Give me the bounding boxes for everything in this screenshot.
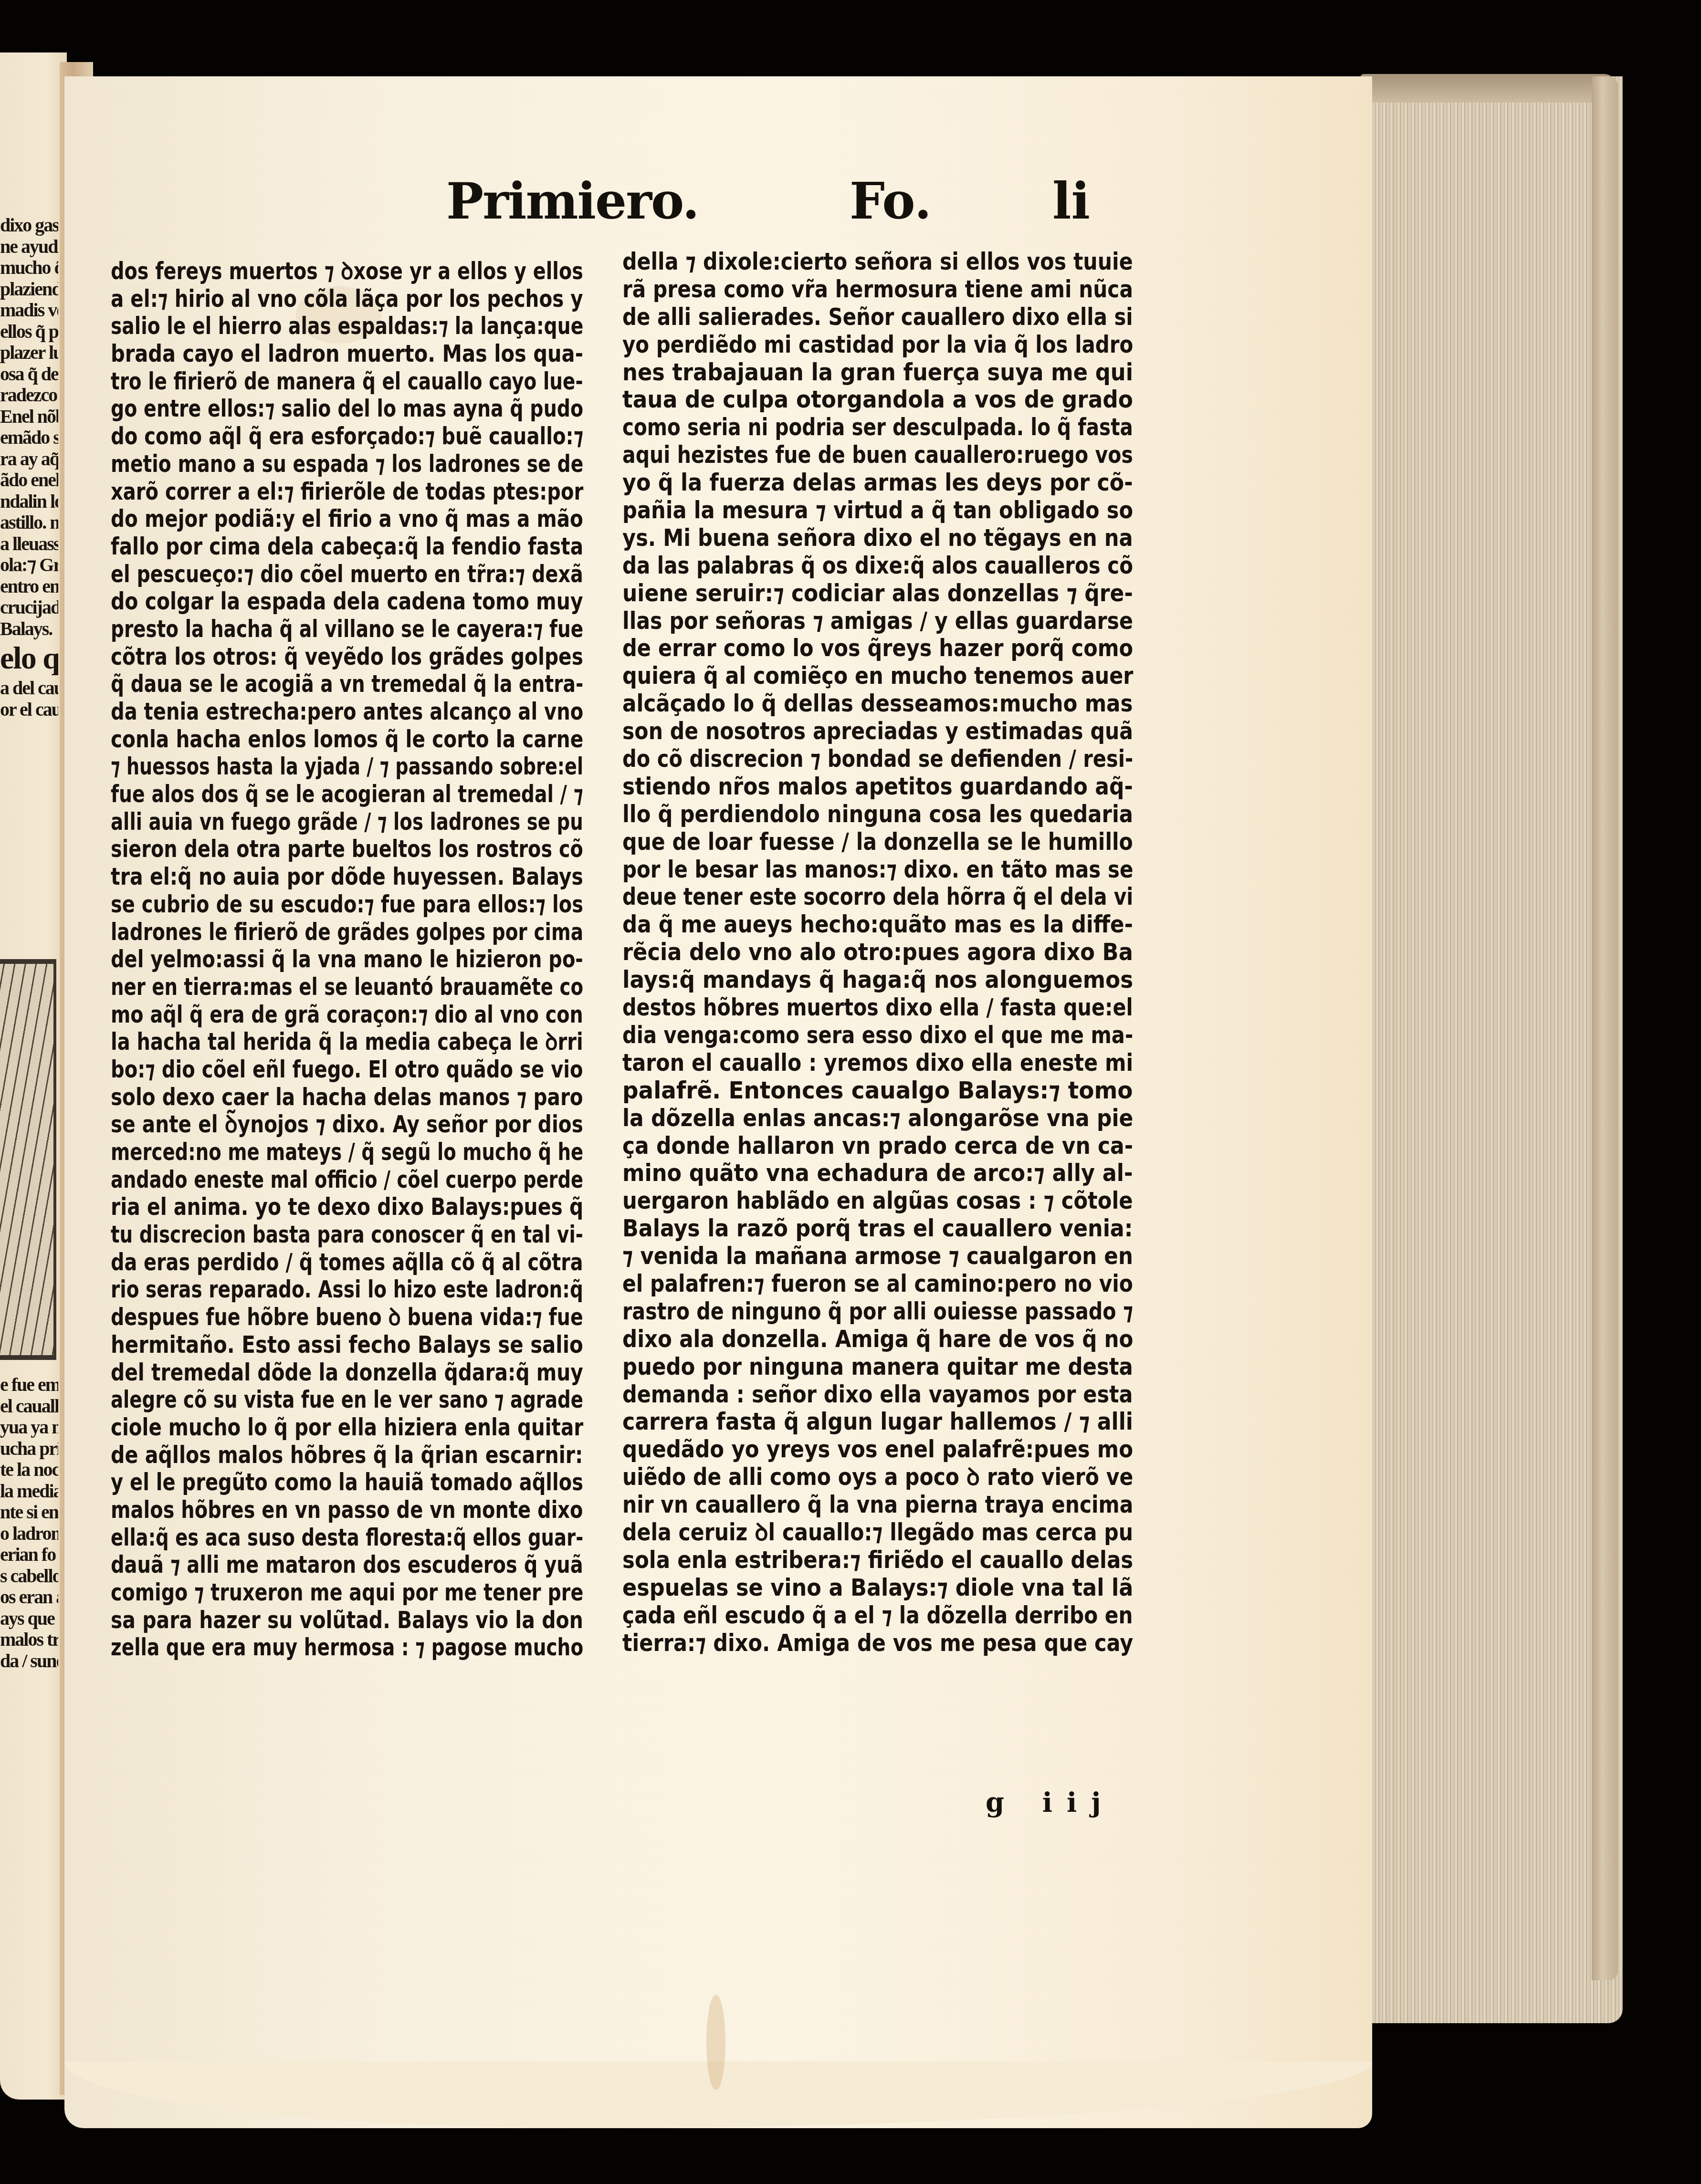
text-line: yo perdiẽdo mi castidad por la via q̃ lo… [622, 331, 1133, 359]
text-line: ner en tierra:mas el se leuantó brauamẽt… [111, 973, 583, 1001]
text-line: conla hacha enlos lomos q̃ le corto la c… [111, 726, 583, 753]
folio-label: Fo. [850, 172, 932, 230]
chapter-heading-line: a del caualle [0, 678, 58, 699]
text-line: tu discrecion basta para conoscer q̃ en … [111, 1221, 583, 1249]
text-line: rio seras reparado. Assi lo hizo este la… [111, 1276, 583, 1304]
text-line: do mejor podiã:y el firio a vno q̃ mas a… [111, 505, 583, 533]
text-line: la hacha tal herida q̃ la media cabeça l… [111, 1028, 583, 1056]
text-line: el palafren:⁊ fueron se al camino:pero n… [622, 1270, 1133, 1298]
chapter-heading-line: or el cauallo. [0, 699, 58, 721]
text-line: astillo. mas a [0, 512, 58, 533]
text-line: zella que era muy hermosa : ⁊ pagose muc… [111, 1634, 583, 1662]
text-line: ⁊ venida la mañana armose ⁊ caualgaron e… [622, 1243, 1133, 1270]
text-line: a lleuasse:y d [0, 533, 58, 555]
text-line: deue tener este socorro dela hõrra q̃ el… [622, 883, 1133, 911]
text-line: dauã ⁊ alli me mataron dos escuderos q̃ … [111, 1551, 583, 1579]
text-line: tro le firierõ de manera q̃ el cauallo c… [111, 368, 583, 396]
text-line: de alli salierades. Señor cauallero dixo… [622, 303, 1133, 331]
text-line: malos tray [0, 1629, 58, 1651]
text-line: yua ya muy [0, 1417, 58, 1438]
text-line: se ante el ꝺ̃ynojos ⁊ dixo. Ay señor por… [111, 1111, 583, 1139]
text-line: espuelas se vino a Balays:⁊ diole vna ta… [622, 1574, 1133, 1602]
text-line: dixo ala donzella. Amiga q̃ hare de vos … [622, 1326, 1133, 1353]
text-line: metio mano a su espada ⁊ los ladrones se… [111, 450, 583, 478]
text-line: pañia la mesura ⁊ virtud a q̃ tan obliga… [622, 497, 1133, 524]
text-line: destos hõbres muertos dixo ella / fasta … [622, 994, 1133, 1022]
text-line: ne ayude par- [0, 236, 58, 258]
text-line: da las palabras q̃ os dixe:q̃ alos caual… [622, 552, 1133, 580]
text-line: dela ceruiz ꝺl cauallo:⁊ llegãdo mas cer… [622, 1519, 1133, 1547]
text-line: son de nosotros apreciadas y estimadas q… [622, 718, 1133, 745]
text-line: el cauallo ⁊ [0, 1396, 58, 1417]
text-line: merced:no me mateys / q̃ segũ lo mucho q… [111, 1139, 583, 1166]
text-line: fue alos dos q̃ se le acogieran al treme… [111, 781, 583, 808]
book-fore-edge [1365, 76, 1623, 2023]
text-line: do colgar la espada dela cadena tomo muy [111, 588, 583, 616]
text-line: palafrẽ. Entonces caualgo Balays:⁊ tomo [622, 1077, 1133, 1105]
text-line: andado eneste mal officio / cõel cuerpo … [111, 1166, 583, 1194]
text-line: ays que lo [0, 1608, 58, 1630]
text-line: da / suno lo [0, 1651, 58, 1672]
text-line: go entre ellos:⁊ salio del lo mas ayna q… [111, 395, 583, 423]
text-line: ola:⁊ Grone- [0, 554, 58, 576]
text-line: dia venga:como sera esso dixo el que me … [622, 1022, 1133, 1049]
text-line: la media no [0, 1481, 58, 1502]
left-page-text-bottom: e fue empoel cauallo ⁊yua ya muyucha pri… [0, 1374, 58, 1672]
text-line: el pescueço:⁊ dio cõel muerto en tr̃ra:⁊… [111, 561, 583, 588]
text-line: comigo ⁊ truxeron me aqui por me tener p… [111, 1579, 583, 1607]
text-line: o ladrones [0, 1523, 58, 1545]
text-line: q̃ daua se le acogiã a vn tremedal q̃ la… [111, 670, 583, 698]
text-line: Enel nõbre d [0, 406, 58, 428]
text-line: de aq̃llos malos hõbres q̃ la q̃rian esc… [111, 1442, 583, 1469]
text-line: llo q̃ perdiendolo ninguna cosa les qued… [622, 801, 1133, 828]
text-line: a el:⁊ hirio al vno cõla lãça por los pe… [111, 285, 583, 313]
text-line: nte si en vn [0, 1502, 58, 1523]
text-line: ucha priessa [0, 1438, 58, 1460]
text-line: nes trabajauan la gran fuerça suya me qu… [622, 359, 1133, 387]
text-line: emãdo su cau [0, 427, 58, 449]
text-line: ys. Mi buena señora dixo el no tẽgays en… [622, 524, 1133, 552]
text-line: do como aq̃l q̃ era esforçado:⁊ buẽ caua… [111, 423, 583, 450]
text-line: ra ay aq̃lla no- [0, 449, 58, 470]
text-line: sieron dela otra parte bueltos los rostr… [111, 836, 583, 863]
text-line: radezco mucho [0, 385, 58, 406]
text-line: tra el:q̃ no auia por dõde huyessen. Bal… [111, 863, 583, 891]
text-line: sa para hazer su volũtad. Balays vio la … [111, 1607, 583, 1634]
text-column-left: dos fereys muertos ⁊ ꝺxose yr a ellos y … [111, 258, 583, 1662]
text-line: do cõ discrecion ⁊ bondad se defienden /… [622, 745, 1133, 773]
text-line: alcãçado lo q̃ dellas desseamos:mucho ma… [622, 690, 1133, 718]
text-line: Balays la razõ porq̃ tras el cauallero v… [622, 1215, 1133, 1243]
woodcut-illustration [0, 959, 56, 1360]
text-line: tierra:⁊ dixo. Amiga de vos me pesa que … [622, 1630, 1133, 1657]
text-line: crucijada que [0, 597, 58, 618]
text-line: cõtra los otros: q̃ veyẽdo los grãdes go… [111, 643, 583, 671]
text-line: del tremedal dõde la donzella q̃dara:q̃ … [111, 1359, 583, 1387]
text-line: por le besar las manos:⁊ dixo. en tãto m… [622, 856, 1133, 884]
text-line: ndalin los p- [0, 491, 58, 512]
running-title: Primiero. [446, 172, 699, 230]
text-line: e fue empo [0, 1374, 58, 1396]
vellum-binding-top [1360, 74, 1618, 103]
text-line: y el le pregũto como la hauiã tomado aq̃… [111, 1469, 583, 1496]
text-line: aqui hezistes fue de buen cauallero:rueg… [622, 441, 1133, 469]
text-line: rẽcia delo vno alo otro:pues agora dixo … [622, 939, 1133, 966]
text-line: xarõ correr a el:⁊ firierõle de todas pt… [111, 478, 583, 506]
text-line: ciole mucho lo q̃ por ella hiziera enla … [111, 1414, 583, 1442]
text-line: fallo por cima dela cabeça:q̃ la fendio … [111, 533, 583, 561]
text-line: uiẽdo de alli como oys a poco ꝺ rato vie… [622, 1463, 1133, 1491]
text-line: ⁊ huessos hasta la yjada / ⁊ passando so… [111, 753, 583, 781]
text-line: ça donde hallaron vn prado cerca de vn c… [622, 1132, 1133, 1160]
text-line: s cabellos [0, 1566, 58, 1587]
text-line: plaziendo a este [0, 279, 58, 300]
text-line: da tenia estrecha:pero antes alcanço al … [111, 698, 583, 726]
text-line: despues fue hõbre bueno ꝺ buena vida:⁊ f… [111, 1304, 583, 1331]
text-line: presto la hacha q̃ al villano se le caye… [111, 616, 583, 643]
text-line: puedo por ninguna manera quitar me desta [622, 1353, 1133, 1381]
folio-number: li [1052, 172, 1090, 230]
text-line: dos fereys muertos ⁊ ꝺxose yr a ellos y … [111, 258, 583, 285]
text-line: osa q̃ dello vos [0, 364, 58, 385]
text-line: lays:q̃ mandays q̃ haga:q̃ nos alonguemo… [622, 966, 1133, 994]
text-line: ria el anima. yo te dexo dixo Balays:pue… [111, 1193, 583, 1221]
text-line: mino quãto vna echadura de arco:⁊ ally a… [622, 1160, 1133, 1187]
text-line: demanda : señor dixo ella vayamos por es… [622, 1381, 1133, 1409]
signature-mark: g iij [986, 1787, 1115, 1818]
text-line: ãdo enel desp [0, 470, 58, 491]
text-line: quiera q̃ al comiẽço en mucho tenemos au… [622, 662, 1133, 690]
text-line: uergaron hablãdo en algũas cosas : ⁊ cõt… [622, 1187, 1133, 1215]
text-line: carrera fasta q̃ algun lugar hallemos / … [622, 1408, 1133, 1436]
text-line: que de loar fuesse / la donzella se le h… [622, 828, 1133, 856]
text-line: llas por señoras ⁊ amigas / y ellas guar… [622, 607, 1133, 635]
text-line: plazer luego m [0, 342, 58, 364]
text-line: entro enel d [0, 576, 58, 597]
text-line: como seria ni podria ser desculpada. lo … [622, 414, 1133, 441]
text-line: dixo gasinañ [0, 215, 58, 236]
text-line: yo q̃ la fuerza delas armas les deys por… [622, 469, 1133, 497]
text-line: la dõzella enlas ancas:⁊ alongarõse vna … [622, 1105, 1133, 1132]
text-line: bo:⁊ dio cõel eñl fuego. El otro quãdo s… [111, 1056, 583, 1084]
text-line: ladrones le firierõ de grãdes golpes por… [111, 919, 583, 946]
text-line: de errar como lo vos q̃reys hazer porq̃ … [622, 635, 1133, 662]
text-line: rastro de ninguno q̃ por alli ouiesse pa… [622, 1298, 1133, 1326]
text-line: rã presa como vr̃a hermosura tiene ami n… [622, 276, 1133, 303]
chapter-heading: elo que [0, 639, 58, 678]
text-line: te la noche q̃ [0, 1459, 58, 1481]
text-line: mucho q̃ q̃deys [0, 257, 58, 279]
text-line: del yelmo:assi q̃ la vna mano le hiziero… [111, 946, 583, 973]
text-line: taua de culpa otorgandola a vos de grado [622, 386, 1133, 414]
running-head: Primiero. Fo. li [446, 172, 1134, 234]
left-page-text-top: dixo gasinañne ayude par-mucho q̃ q̃deys… [0, 215, 58, 639]
text-line: se cubrio de su escudo:⁊ fue para ellos:… [111, 891, 583, 919]
text-line: os eran a [0, 1587, 58, 1608]
text-line: da eras perdido / q̃ tomes aq̃lla cõ q̃ … [111, 1249, 583, 1276]
paper-stain [706, 1995, 725, 2090]
text-line: taron el cauallo : yremos dixo ella enes… [622, 1049, 1133, 1077]
text-line: hermitaño. Esto assi fecho Balays se sal… [111, 1331, 583, 1359]
text-line: çada eñl escudo q̃ a el ⁊ la dõzella der… [622, 1602, 1133, 1630]
text-line: della ⁊ dixole:cierto señora si ellos vo… [622, 248, 1133, 276]
text-line: alli auia vn fuego grãde / ⁊ los ladrone… [111, 808, 583, 836]
text-line: nir vn cauallero q̃ la vna pierna traya … [622, 1491, 1133, 1519]
text-line: quedãdo yo yreys vos enel palafrẽ:pues m… [622, 1436, 1133, 1463]
text-line: Balays. [0, 618, 58, 640]
text-line: sola enla estribera:⁊ firiẽdo el cauallo… [622, 1547, 1133, 1574]
text-line: uiene seruir:⁊ codiciar alas donzellas ⁊… [622, 580, 1133, 607]
text-line: ellos q̃ podria- [0, 321, 58, 343]
text-line: ella:q̃ es aca suso desta floresta:q̃ el… [111, 1524, 583, 1552]
text-line: alegre cõ su vista fue en le ver sano ⁊ … [111, 1386, 583, 1414]
text-line: solo dexo caer la hacha delas manos ⁊ pa… [111, 1084, 583, 1111]
text-line: salio le el hierro alas espaldas:⁊ la la… [111, 313, 583, 340]
vellum-binding-edge [1592, 76, 1618, 1980]
text-column-right: della ⁊ dixole:cierto señora si ellos vo… [622, 248, 1133, 1657]
left-page-chapter-heading: elo que a del caualle or el cauallo. [0, 639, 58, 720]
text-line: malos hõbres en vn passo de vn monte dix… [111, 1496, 583, 1524]
text-line: brada cayo el ladron muerto. Mas los qua… [111, 340, 583, 368]
text-line: madis vos es [0, 300, 58, 321]
text-line: da q̃ me aueys hecho:quãto mas es la dif… [622, 911, 1133, 939]
text-line: stiendo nr̃os malos apetitos guardando a… [622, 773, 1133, 801]
text-line: erian fo [0, 1544, 58, 1566]
text-line: mo aq̃l q̃ era de grã coraçon:⁊ dio al v… [111, 1001, 583, 1029]
